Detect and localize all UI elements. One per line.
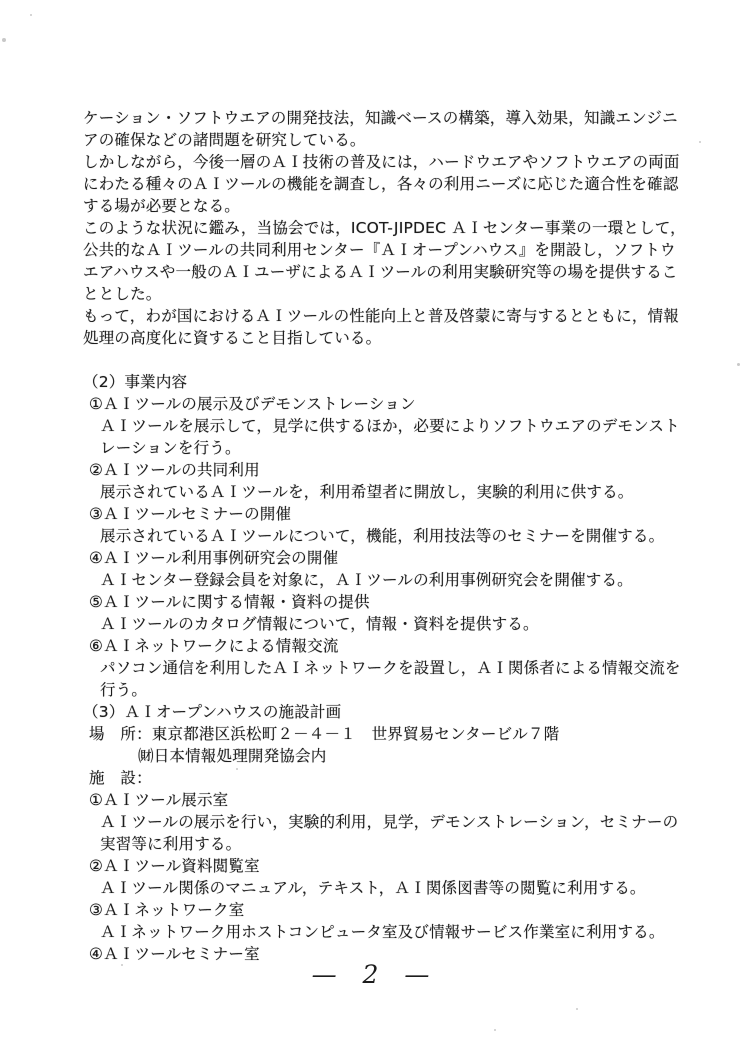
- text-line: ①ＡＩツール展示室: [0, 789, 750, 811]
- text-line: にわたる種々のＡＩツールの機能を調査し，各々の利用ニーズに応じた適合性を確認: [0, 173, 750, 195]
- text-line: ㈶日本情報処理開発協会内: [0, 745, 750, 767]
- text-line: 展示されているＡＩツールを，利用希望者に開放し，実験的利用に供する。: [0, 481, 750, 503]
- text-line: ＡＩツールを展示して，見学に供するほか，必要によりソフトウエアのデモンスト: [0, 415, 750, 437]
- text-line: ④ＡＩツール利用事例研究会の開催: [0, 547, 750, 569]
- scan-speck: [576, 1008, 578, 1010]
- text-line: しかしながら，今後一層のＡＩ技術の普及には，ハードウエアやソフトウエアの両面: [0, 151, 750, 173]
- text-line: ＡＩツール関係のマニュアル，テキスト，ＡＩ関係図書等の閲覧に利用する。: [0, 877, 750, 899]
- text-line: ＡＩネットワーク用ホストコンピュータ室及び情報サービス作業室に利用する。: [0, 921, 750, 943]
- text-line: 実習等に利用する。: [0, 833, 750, 855]
- text-line: ⑤ＡＩツールに関する情報・資料の提供: [0, 591, 750, 613]
- text-line: ③ＡＩネットワーク室: [0, 899, 750, 921]
- text-line: ⑥ＡＩネットワークによる情報交流: [0, 635, 750, 657]
- scan-speck: [30, 14, 32, 16]
- text-line: （2）事業内容: [0, 371, 750, 393]
- text-line: ③ＡＩツールセミナーの開催: [0, 503, 750, 525]
- text-line: 行う。: [0, 679, 750, 701]
- text-line: ②ＡＩツール資料閲覧室: [0, 855, 750, 877]
- text-line: ＡＩツールのカタログ情報について，情報・資料を提供する。: [0, 613, 750, 635]
- page-number: — 2 —: [0, 960, 750, 989]
- text-line: ①ＡＩツールの展示及びデモンストレーション: [0, 393, 750, 415]
- text-line: する場が必要となる。: [0, 195, 750, 217]
- text-line: パソコン通信を利用したＡＩネットワークを設置し，ＡＩ関係者による情報交流を: [0, 657, 750, 679]
- text-line: ②ＡＩツールの共同利用: [0, 459, 750, 481]
- text-line: 公共的なＡＩツールの共同利用センター『ＡＩオープンハウス』を開設し，ソフトウ: [0, 239, 750, 261]
- scan-speck: [2, 38, 6, 42]
- text-line: （3）ＡＩオープンハウスの施設計画: [0, 701, 750, 723]
- text-line: エアハウスや一般のＡＩユーザによるＡＩツールの利用実験研究等の場を提供するこ: [0, 261, 750, 283]
- document-page: ケーション・ソフトウエアの開発技法，知識ベースの構築，導入効果，知識エンジニアの…: [0, 0, 750, 1054]
- scan-speck: [494, 1029, 496, 1031]
- text-line: もって，わが国におけるＡＩツールの性能向上と普及啓蒙に寄与するとともに，情報: [0, 305, 750, 327]
- text-line: ケーション・ソフトウエアの開発技法，知識ベースの構築，導入効果，知識エンジニ: [0, 107, 750, 129]
- text-lines: ケーション・ソフトウエアの開発技法，知識ベースの構築，導入効果，知識エンジニアの…: [0, 107, 750, 965]
- text-line: ＡＩセンター登録会員を対象に，ＡＩツールの利用事例研究会を開催する。: [0, 569, 750, 591]
- text-line: ＡＩツールの展示を行い，実験的利用，見学，デモンストレーション，セミナーの: [0, 811, 750, 833]
- scan-speck: [737, 363, 740, 366]
- text-line: 処理の高度化に資すること目指している。: [0, 327, 750, 349]
- text-line: レーションを行う。: [0, 437, 750, 459]
- scan-speck: [699, 141, 701, 143]
- text-line: ととした。: [0, 283, 750, 305]
- text-line: [0, 349, 750, 371]
- text-line: このような状況に鑑み，当協会では，ICOT-JIPDEC ＡＩセンター事業の一環…: [0, 217, 750, 239]
- scan-speck: [121, 964, 123, 966]
- scan-speck: [236, 768, 238, 770]
- text-line: 場 所：東京都港区浜松町２－４－１ 世界貿易センタービル７階: [0, 723, 750, 745]
- text-line: 施 設：: [0, 767, 750, 789]
- text-line: 展示されているＡＩツールについて，機能，利用技法等のセミナーを開催する。: [0, 525, 750, 547]
- text-line: アの確保などの諸問題を研究している。: [0, 129, 750, 151]
